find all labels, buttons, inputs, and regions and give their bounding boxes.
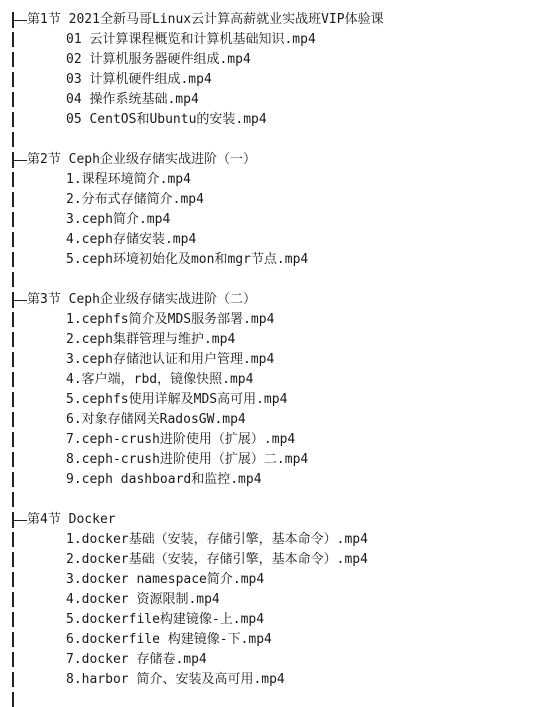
file-name: 2.docker基础（安装，存储引擎，基本命令）.mp4 bbox=[66, 550, 368, 570]
tree-spacer bbox=[10, 490, 384, 510]
file-name: 2.分布式存储简介.mp4 bbox=[66, 190, 204, 210]
section-header[interactable]: 第3节 Ceph企业级存储实战进阶（二） bbox=[10, 290, 384, 310]
list-item[interactable]: 2.ceph集群管理与维护.mp4 bbox=[10, 330, 384, 350]
file-name: 8.ceph-crush进阶使用（扩展）二.mp4 bbox=[66, 450, 308, 470]
tree-line-icon bbox=[12, 432, 14, 447]
file-name: 8.harbor 简介、安装及高可用.mp4 bbox=[66, 670, 285, 690]
file-name: 1.课程环境简介.mp4 bbox=[66, 170, 191, 190]
tree-branch-icon bbox=[10, 510, 27, 530]
list-item[interactable]: 8.ceph-crush进阶使用（扩展）二.mp4 bbox=[10, 450, 384, 470]
tree-line-icon bbox=[12, 392, 14, 407]
tree-line-icon bbox=[12, 692, 14, 707]
file-name: 5.ceph环境初始化及mon和mgr节点.mp4 bbox=[66, 250, 308, 270]
tree-line-icon bbox=[12, 572, 14, 587]
tree-line-icon bbox=[12, 172, 14, 187]
file-name: 5.dockerfile构建镜像-上.mp4 bbox=[66, 610, 264, 630]
tree-line-icon bbox=[12, 612, 14, 627]
list-item[interactable]: 7.docker 存储卷.mp4 bbox=[10, 650, 384, 670]
file-name: 3.ceph存储池认证和用户管理.mp4 bbox=[66, 350, 274, 370]
list-item[interactable]: 8.harbor 简介、安装及高可用.mp4 bbox=[10, 670, 384, 690]
tree-line-icon bbox=[12, 92, 14, 107]
list-item[interactable]: 1.docker基础（安装，存储引擎，基本命令）.mp4 bbox=[10, 530, 384, 550]
tree-branch-icon bbox=[10, 150, 27, 170]
section-title: 第4节 Docker bbox=[27, 510, 116, 530]
tree-line-icon bbox=[12, 352, 14, 367]
tree-line-icon bbox=[12, 272, 14, 287]
file-name: 9.ceph dashboard和监控.mp4 bbox=[66, 470, 262, 490]
list-item[interactable]: 5.cephfs使用详解及MDS高可用.mp4 bbox=[10, 390, 384, 410]
list-item[interactable]: 2.分布式存储简介.mp4 bbox=[10, 190, 384, 210]
tree-line-icon bbox=[12, 312, 14, 327]
tree-line-icon bbox=[12, 192, 14, 207]
tree-line-icon bbox=[12, 32, 14, 47]
section-header[interactable]: 第2节 Ceph企业级存储实战进阶（一） bbox=[10, 150, 384, 170]
tree-line-icon bbox=[12, 72, 14, 87]
file-name: 4.ceph存储安装.mp4 bbox=[66, 230, 196, 250]
section-title: 第3节 Ceph企业级存储实战进阶（二） bbox=[27, 290, 256, 310]
file-name: 6.dockerfile 构建镜像-下.mp4 bbox=[66, 630, 272, 650]
tree-line-icon bbox=[12, 592, 14, 607]
course-tree: 第1节 2021全新马哥Linux云计算高薪就业实战班VIP体验课 01 云计算… bbox=[10, 10, 384, 707]
list-item[interactable]: 3.docker namespace简介.mp4 bbox=[10, 570, 384, 590]
tree-line-icon bbox=[12, 452, 14, 467]
file-name: 7.ceph-crush进阶使用（扩展）.mp4 bbox=[66, 430, 295, 450]
tree-line-icon bbox=[12, 532, 14, 547]
tree-line-icon bbox=[12, 652, 14, 667]
file-name: 05 CentOS和Ubuntu的安装.mp4 bbox=[66, 110, 267, 130]
list-item[interactable]: 5.dockerfile构建镜像-上.mp4 bbox=[10, 610, 384, 630]
list-item[interactable]: 02 计算机服务器硬件组成.mp4 bbox=[10, 50, 384, 70]
list-item[interactable]: 1.课程环境简介.mp4 bbox=[10, 170, 384, 190]
file-name: 4.docker 资源限制.mp4 bbox=[66, 590, 220, 610]
tree-spacer bbox=[10, 690, 384, 707]
file-name: 01 云计算课程概览和计算机基础知识.mp4 bbox=[66, 30, 316, 50]
file-name: 1.docker基础（安装，存储引擎，基本命令）.mp4 bbox=[66, 530, 368, 550]
list-item[interactable]: 4.ceph存储安装.mp4 bbox=[10, 230, 384, 250]
tree-line-icon bbox=[12, 52, 14, 67]
list-item[interactable]: 4.docker 资源限制.mp4 bbox=[10, 590, 384, 610]
tree-line-icon bbox=[12, 632, 14, 647]
list-item[interactable]: 01 云计算课程概览和计算机基础知识.mp4 bbox=[10, 30, 384, 50]
file-name: 7.docker 存储卷.mp4 bbox=[66, 650, 207, 670]
tree-line-icon bbox=[12, 472, 14, 487]
tree-line-icon bbox=[12, 372, 14, 387]
file-name: 4.客户端，rbd，镜像快照.mp4 bbox=[66, 370, 253, 390]
section-header[interactable]: 第4节 Docker bbox=[10, 510, 384, 530]
list-item[interactable]: 2.docker基础（安装，存储引擎，基本命令）.mp4 bbox=[10, 550, 384, 570]
tree-branch-icon bbox=[10, 10, 27, 30]
tree-line-icon bbox=[12, 492, 14, 507]
section-title: 第2节 Ceph企业级存储实战进阶（一） bbox=[27, 150, 256, 170]
file-name: 04 操作系统基础.mp4 bbox=[66, 90, 199, 110]
tree-line-icon bbox=[12, 252, 14, 267]
file-name: 1.cephfs简介及MDS服务部署.mp4 bbox=[66, 310, 274, 330]
file-name: 02 计算机服务器硬件组成.mp4 bbox=[66, 50, 251, 70]
file-name: 2.ceph集群管理与维护.mp4 bbox=[66, 330, 235, 350]
file-name: 3.docker namespace简介.mp4 bbox=[66, 570, 264, 590]
tree-line-icon bbox=[12, 212, 14, 227]
list-item[interactable]: 7.ceph-crush进阶使用（扩展）.mp4 bbox=[10, 430, 384, 450]
tree-line-icon bbox=[12, 332, 14, 347]
list-item[interactable]: 6.dockerfile 构建镜像-下.mp4 bbox=[10, 630, 384, 650]
file-name: 3.ceph简介.mp4 bbox=[66, 210, 170, 230]
list-item[interactable]: 1.cephfs简介及MDS服务部署.mp4 bbox=[10, 310, 384, 330]
file-name: 5.cephfs使用详解及MDS高可用.mp4 bbox=[66, 390, 287, 410]
list-item[interactable]: 03 计算机硬件组成.mp4 bbox=[10, 70, 384, 90]
section-title: 第1节 2021全新马哥Linux云计算高薪就业实战班VIP体验课 bbox=[27, 10, 384, 30]
list-item[interactable]: 05 CentOS和Ubuntu的安装.mp4 bbox=[10, 110, 384, 130]
section-header[interactable]: 第1节 2021全新马哥Linux云计算高薪就业实战班VIP体验课 bbox=[10, 10, 384, 30]
file-name: 03 计算机硬件组成.mp4 bbox=[66, 70, 212, 90]
tree-line-icon bbox=[12, 412, 14, 427]
tree-line-icon bbox=[12, 112, 14, 127]
list-item[interactable]: 04 操作系统基础.mp4 bbox=[10, 90, 384, 110]
list-item[interactable]: 5.ceph环境初始化及mon和mgr节点.mp4 bbox=[10, 250, 384, 270]
file-name: 6.对象存储网关RadosGW.mp4 bbox=[66, 410, 246, 430]
tree-line-icon bbox=[12, 232, 14, 247]
list-item[interactable]: 9.ceph dashboard和监控.mp4 bbox=[10, 470, 384, 490]
list-item[interactable]: 3.ceph存储池认证和用户管理.mp4 bbox=[10, 350, 384, 370]
tree-line-icon bbox=[12, 132, 14, 147]
tree-spacer bbox=[10, 270, 384, 290]
list-item[interactable]: 6.对象存储网关RadosGW.mp4 bbox=[10, 410, 384, 430]
tree-spacer bbox=[10, 130, 384, 150]
tree-line-icon bbox=[12, 672, 14, 687]
tree-line-icon bbox=[12, 552, 14, 567]
list-item[interactable]: 4.客户端，rbd，镜像快照.mp4 bbox=[10, 370, 384, 390]
tree-branch-icon bbox=[10, 290, 27, 310]
list-item[interactable]: 3.ceph简介.mp4 bbox=[10, 210, 384, 230]
